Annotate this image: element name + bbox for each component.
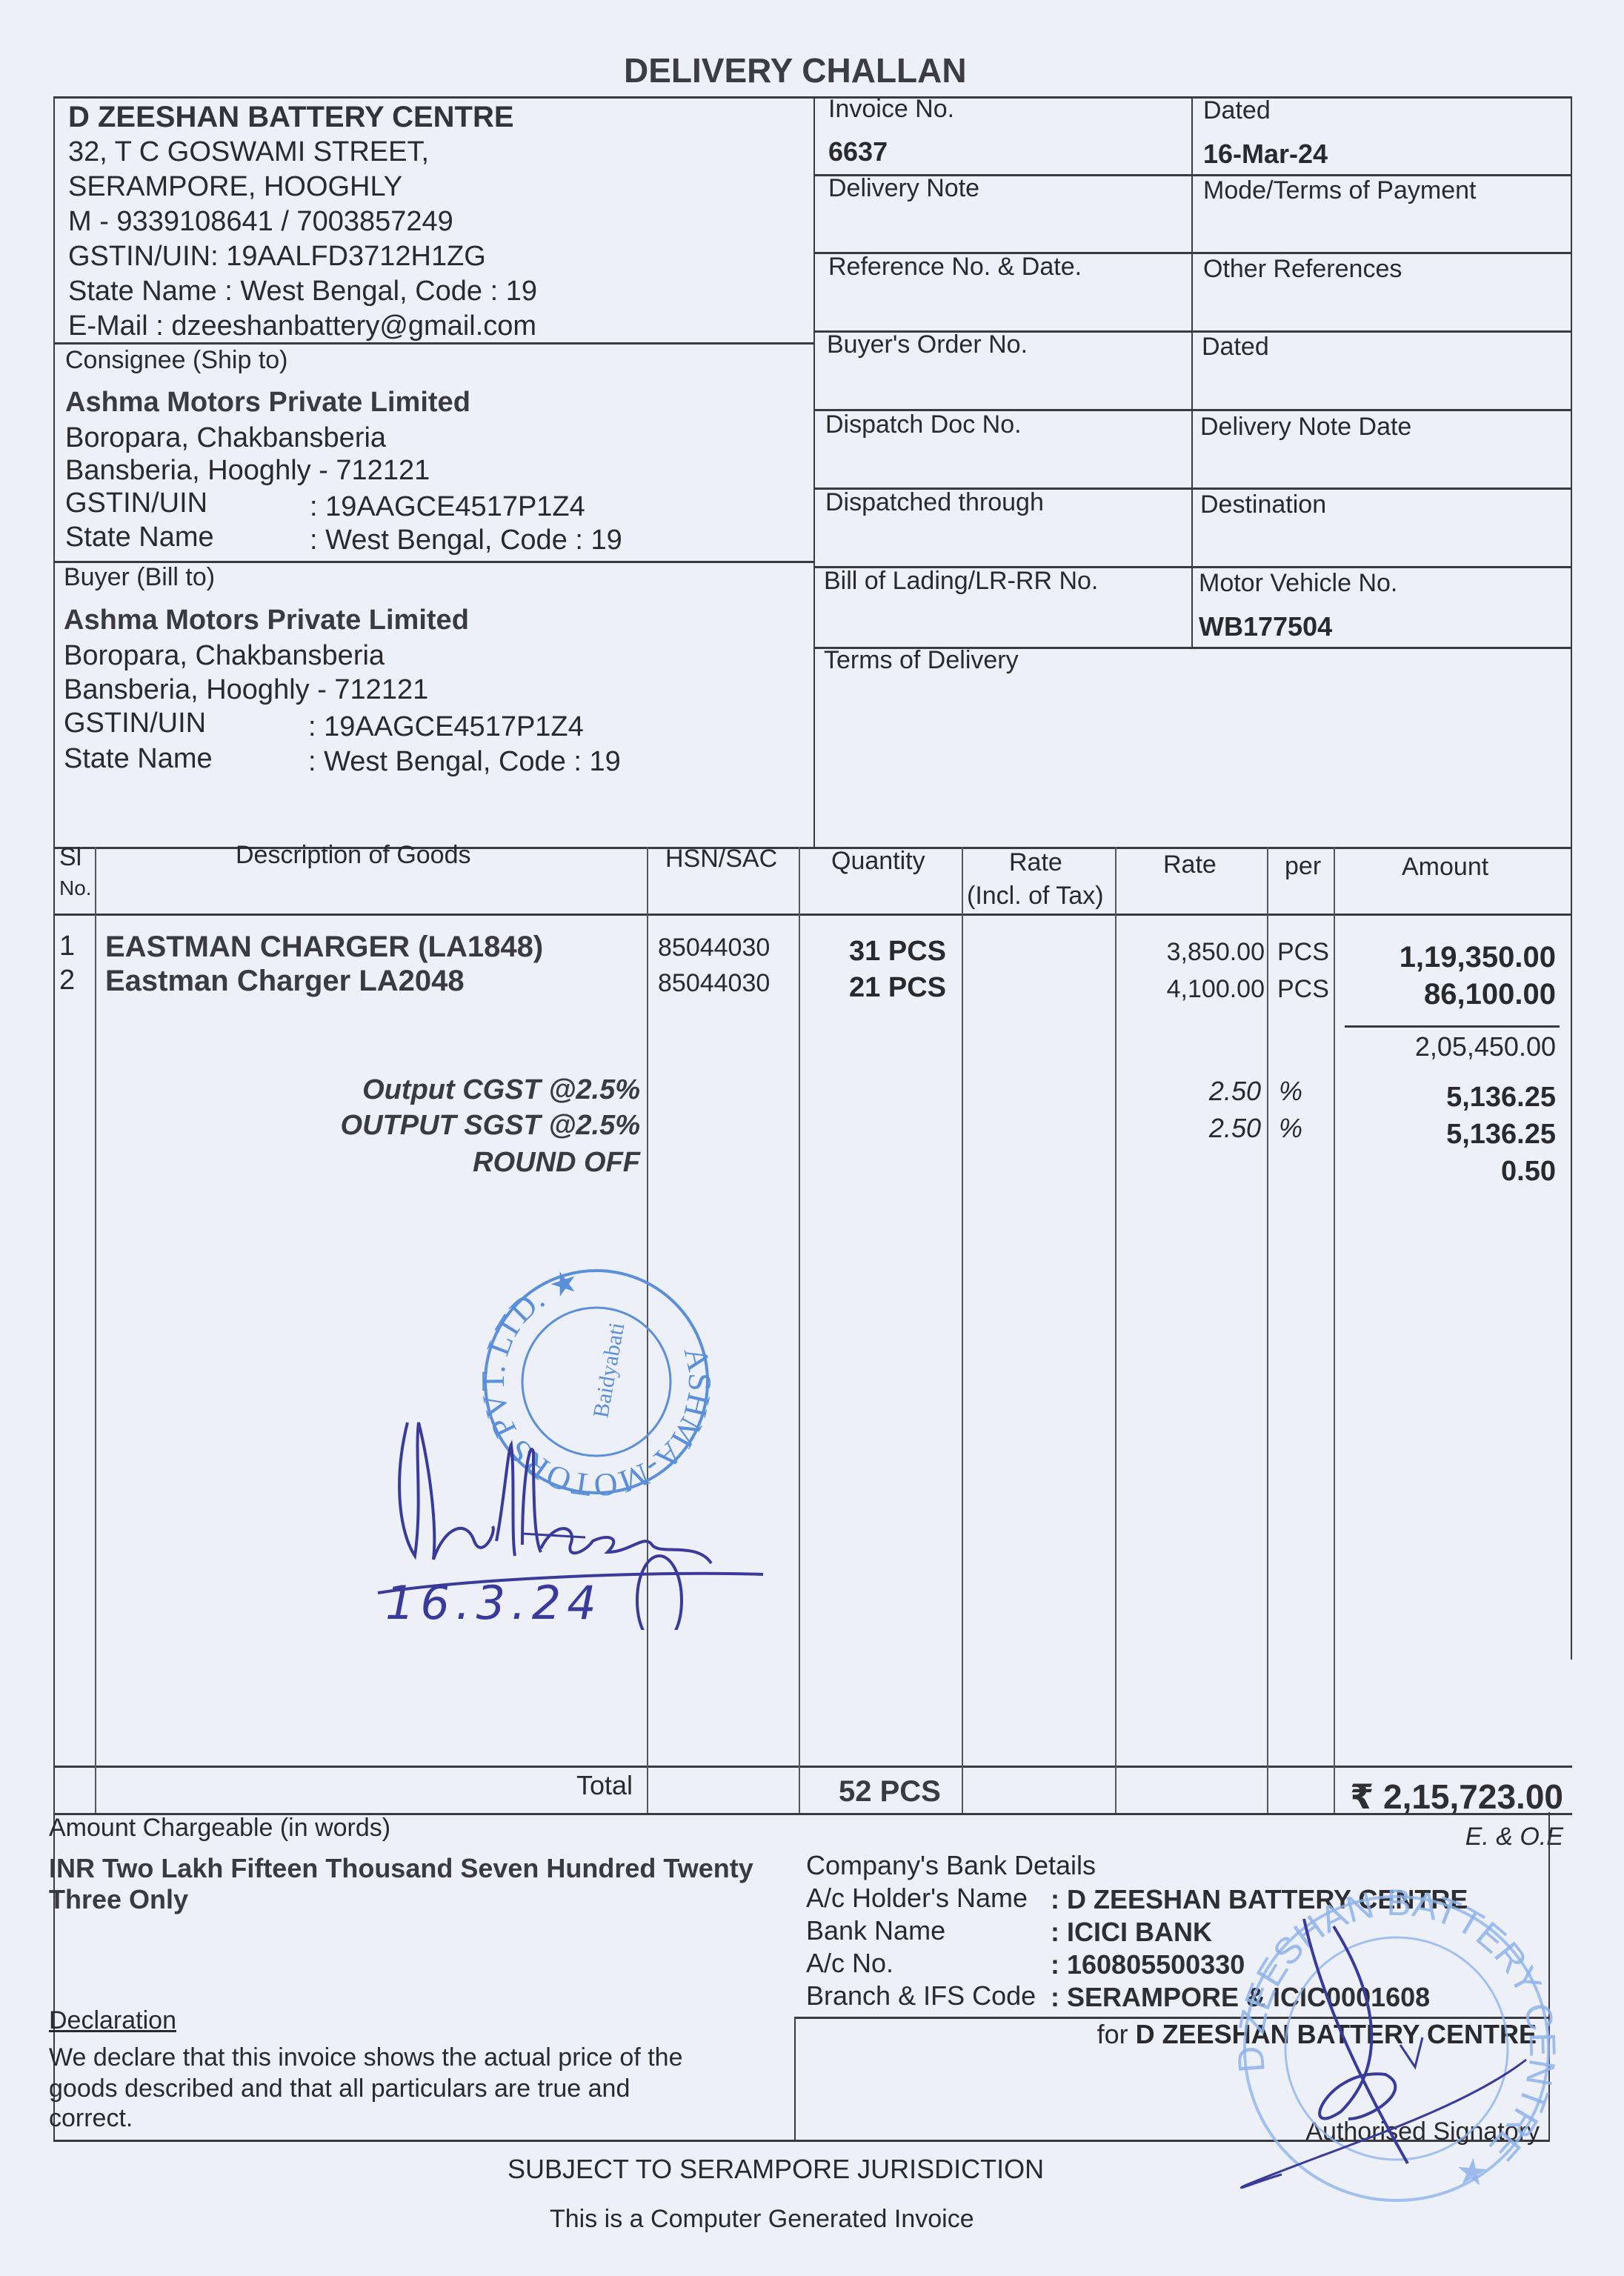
col-divider-desc bbox=[647, 847, 648, 1813]
declaration-line1: We declare that this invoice shows the a… bbox=[49, 2045, 683, 2070]
col-divider-rate bbox=[1267, 847, 1268, 1813]
tax-per: % bbox=[1279, 1115, 1302, 1142]
frame-right bbox=[1571, 96, 1572, 1660]
bank-holder-value: : D ZEESHAN BATTERY CENTRE bbox=[1051, 1886, 1468, 1913]
subtotal-rule bbox=[1345, 1025, 1560, 1028]
signature-box-right bbox=[1548, 1812, 1550, 2141]
table-header-bottom bbox=[53, 914, 1572, 916]
consignee-state-label: State Name bbox=[65, 523, 214, 551]
buyers-order-label: Buyer's Order No. bbox=[827, 332, 1028, 357]
seller-gstin: GSTIN/UIN: 19AALFD3712H1ZG bbox=[68, 242, 486, 270]
buyer-name: Ashma Motors Private Limited bbox=[64, 606, 469, 634]
header-per: per bbox=[1285, 853, 1321, 879]
seller-address-line1: 32, T C GOSWAMI STREET, bbox=[68, 138, 429, 166]
dated-label: Dated bbox=[1203, 98, 1271, 123]
bank-branch-label: Branch & IFS Code bbox=[806, 1983, 1036, 2009]
row-sl: 2 bbox=[59, 966, 75, 994]
jurisdiction-note: SUBJECT TO SERAMPORE JURISDICTION bbox=[507, 2156, 1044, 2183]
dated-value: 16-Mar-24 bbox=[1203, 141, 1328, 167]
terms-of-delivery-label: Terms of Delivery bbox=[824, 648, 1019, 673]
consignee-gstin-label: GSTIN/UIN bbox=[65, 489, 207, 517]
payment-terms-label: Mode/Terms of Payment bbox=[1203, 178, 1476, 203]
motor-vehicle-label: Motor Vehicle No. bbox=[1199, 570, 1397, 596]
declaration-line3: correct. bbox=[49, 2106, 133, 2131]
amount-words-line2: Three Only bbox=[49, 1886, 188, 1913]
tax-amount: 5,136.25 bbox=[1446, 1083, 1556, 1111]
subtotal-amount: 2,05,450.00 bbox=[1415, 1034, 1556, 1060]
col-divider-hsn bbox=[799, 847, 800, 1813]
buyers-order-dated-label: Dated bbox=[1202, 334, 1269, 359]
buyer-address-line2: Bansberia, Hooghly - 712121 bbox=[64, 676, 428, 704]
total-quantity: 52 PCS bbox=[839, 1777, 941, 1806]
amount-words-label: Amount Chargeable (in words) bbox=[49, 1815, 390, 1840]
col-divider-per bbox=[1334, 847, 1335, 1813]
header-rate-incl-line2: (Incl. of Tax) bbox=[967, 883, 1104, 908]
dispatch-doc-label: Dispatch Doc No. bbox=[825, 412, 1022, 437]
total-amount: ₹ 2,15,723.00 bbox=[1350, 1780, 1563, 1814]
dispatched-through-label: Dispatched through bbox=[825, 490, 1044, 515]
consignee-name: Ashma Motors Private Limited bbox=[65, 388, 470, 416]
col-divider-qty bbox=[962, 847, 963, 1813]
svg-text:Baidyabati: Baidyabati bbox=[588, 1320, 629, 1420]
document-title: DELIVERY CHALLAN bbox=[624, 53, 967, 87]
signature-for-prefix: for bbox=[1097, 2019, 1136, 2049]
consignee-heading: Consignee (Ship to) bbox=[65, 347, 288, 373]
declaration-line2: goods described and that all particulars… bbox=[49, 2076, 630, 2101]
col-divider-sl bbox=[95, 847, 96, 1813]
consignee-address-line2: Bansberia, Hooghly - 712121 bbox=[65, 456, 430, 485]
seller-state: State Name : West Bengal, Code : 19 bbox=[68, 277, 537, 305]
consignee-address-line1: Boropara, Chakbansberia bbox=[65, 424, 386, 452]
buyer-heading: Buyer (Bill to) bbox=[64, 565, 215, 590]
signature-for-company: D ZEESHAN BATTERY CENTRE bbox=[1136, 2019, 1537, 2049]
signature-box-left bbox=[794, 2017, 796, 2141]
row-per: PCS bbox=[1277, 939, 1329, 965]
svg-text:ASHMA-MOTORS PVT. LTD. ★: ASHMA-MOTORS PVT. LTD. ★ bbox=[474, 1260, 719, 1504]
buyer-state-label: State Name bbox=[64, 745, 213, 773]
tax-per: % bbox=[1279, 1078, 1302, 1105]
amount-words-line1: INR Two Lakh Fifteen Thousand Seven Hund… bbox=[49, 1855, 753, 1882]
delivery-note-date-label: Delivery Note Date bbox=[1200, 414, 1411, 439]
tax-amount: 5,136.25 bbox=[1446, 1120, 1556, 1148]
signature-for: for D ZEESHAN BATTERY CENTRE bbox=[1097, 2021, 1537, 2048]
delivery-note-label: Delivery Note bbox=[828, 176, 979, 201]
divider-party-meta bbox=[813, 96, 815, 848]
svg-text:16.3.24: 16.3.24 bbox=[385, 1576, 602, 1630]
bank-account-value: : 160805500330 bbox=[1051, 1951, 1245, 1978]
seller-phone: M - 9339108641 / 7003857249 bbox=[68, 207, 453, 236]
header-rate: Rate bbox=[1163, 852, 1217, 877]
buyer-company-stamp: ASHMA-MOTORS PVT. LTD. ★ Baidyabati bbox=[474, 1260, 719, 1504]
bill-of-lading-label: Bill of Lading/LR-RR No. bbox=[824, 568, 1098, 593]
tax-label: OUTPUT SGST @2.5% bbox=[341, 1111, 640, 1139]
consignee-state-value: : West Bengal, Code : 19 bbox=[310, 526, 622, 554]
row-description: EASTMAN CHARGER (LA1848) bbox=[105, 932, 543, 962]
tax-label: ROUND OFF bbox=[473, 1148, 640, 1177]
frame-top bbox=[53, 96, 1572, 99]
declaration-heading: Declaration bbox=[49, 2008, 176, 2033]
row-hsn: 85044030 bbox=[658, 971, 770, 996]
consignee-gstin-value: : 19AAGCE4517P1Z4 bbox=[310, 493, 585, 521]
row-amount: 1,19,350.00 bbox=[1400, 942, 1556, 972]
row-per: PCS bbox=[1277, 976, 1329, 1002]
other-references-label: Other References bbox=[1203, 256, 1402, 282]
bank-heading: Company's Bank Details bbox=[806, 1852, 1096, 1879]
header-sl-line1: Sl bbox=[59, 845, 81, 870]
total-label: Total bbox=[576, 1772, 633, 1799]
row-quantity: 31 PCS bbox=[849, 937, 946, 965]
bank-name-value: : ICICI BANK bbox=[1051, 1919, 1212, 1946]
authorised-signatory: Authorised Signatory bbox=[1305, 2119, 1540, 2144]
bank-account-label: A/c No. bbox=[806, 1950, 893, 1977]
row-quantity: 21 PCS bbox=[849, 974, 946, 1002]
computer-generated-note: This is a Computer Generated Invoice bbox=[550, 2206, 974, 2232]
row-sl: 1 bbox=[59, 932, 75, 960]
invoice-no-label: Invoice No. bbox=[828, 96, 954, 122]
row-amount: 86,100.00 bbox=[1424, 979, 1556, 1009]
row-hsn: 85044030 bbox=[658, 935, 770, 960]
header-description: Description of Goods bbox=[236, 842, 471, 868]
header-amount: Amount bbox=[1402, 854, 1488, 879]
buyer-handwritten-signature: 16.3.24 bbox=[363, 1393, 778, 1630]
seller-name: D ZEESHAN BATTERY CENTRE bbox=[68, 102, 514, 132]
reference-label: Reference No. & Date. bbox=[828, 254, 1082, 279]
tax-rate: 2.50 bbox=[1209, 1115, 1261, 1142]
tax-amount: 0.50 bbox=[1501, 1157, 1556, 1185]
header-sl-line2: No. bbox=[59, 878, 92, 899]
buyer-gstin-label: GSTIN/UIN bbox=[64, 709, 206, 737]
divider-seller-consignee bbox=[53, 342, 815, 345]
tax-rate: 2.50 bbox=[1209, 1078, 1261, 1105]
bank-branch-value: : SERAMPORE & ICIC0001608 bbox=[1051, 1984, 1430, 2011]
buyer-state-value: : West Bengal, Code : 19 bbox=[308, 748, 621, 776]
buyer-address-line1: Boropara, Chakbansberia bbox=[64, 642, 385, 670]
table-total-top bbox=[53, 1766, 1572, 1768]
row-rate: 4,100.00 bbox=[1167, 976, 1265, 1002]
buyer-gstin-value: : 19AAGCE4517P1Z4 bbox=[308, 713, 584, 741]
bank-holder-label: A/c Holder's Name bbox=[806, 1885, 1028, 1911]
motor-vehicle-value: WB177504 bbox=[1199, 613, 1332, 640]
col-divider-rate-incl bbox=[1115, 847, 1116, 1813]
destination-label: Destination bbox=[1200, 492, 1326, 517]
bank-name-label: Bank Name bbox=[806, 1917, 945, 1944]
row-description: Eastman Charger LA2048 bbox=[105, 966, 465, 996]
seller-address-line2: SERAMPORE, HOOGHLY bbox=[68, 173, 402, 201]
header-quantity: Quantity bbox=[831, 848, 925, 874]
header-hsn: HSN/SAC bbox=[665, 846, 777, 871]
invoice-no-value: 6637 bbox=[828, 139, 888, 165]
header-rate-incl-line1: Rate bbox=[1009, 850, 1062, 875]
row-rate: 3,850.00 bbox=[1167, 939, 1265, 965]
tax-label: Output CGST @2.5% bbox=[362, 1076, 640, 1104]
seller-email[interactable]: E-Mail : dzeeshanbattery@gmail.com bbox=[68, 312, 536, 340]
